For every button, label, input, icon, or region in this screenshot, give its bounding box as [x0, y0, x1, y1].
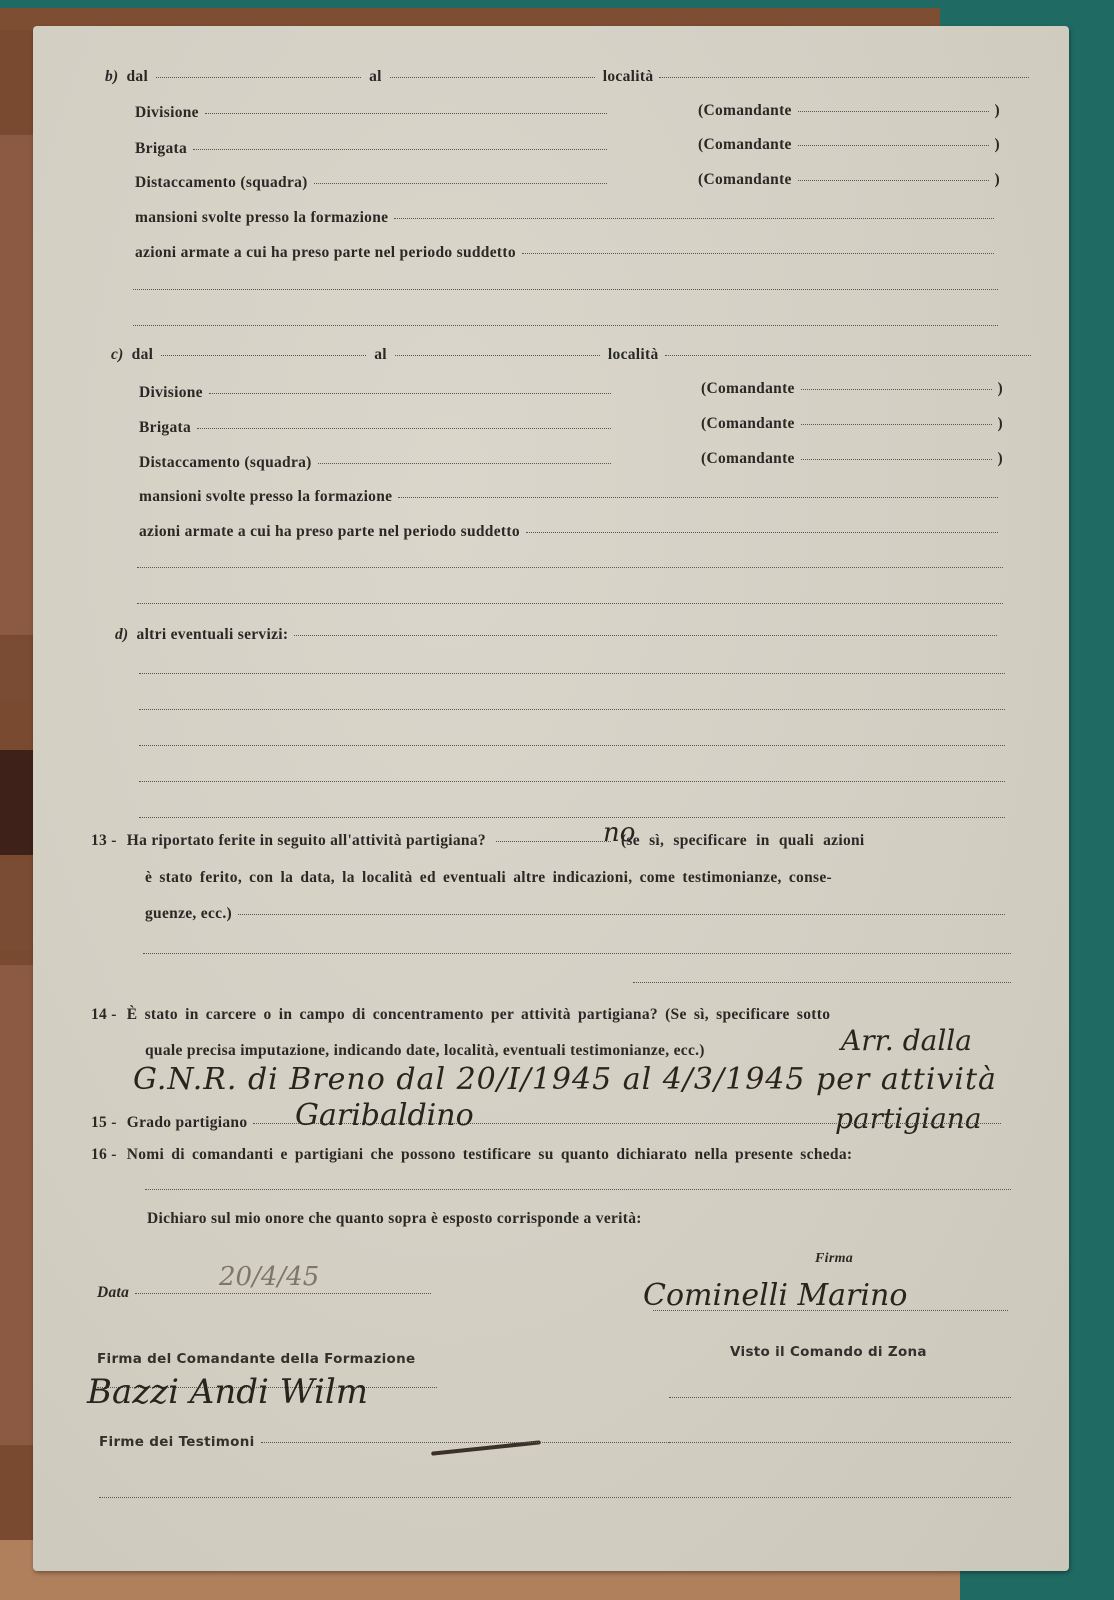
brigata-field[interactable]	[197, 427, 611, 429]
comandante-field[interactable]	[798, 110, 989, 112]
close-paren: )	[995, 171, 1000, 189]
azioni-field[interactable]	[522, 252, 994, 254]
blank-line[interactable]	[139, 708, 1005, 710]
comandante-row: (Comandante )	[701, 450, 1003, 468]
azioni-label: azioni armate a cui ha preso parte nel p…	[139, 523, 520, 541]
blank-line[interactable]	[139, 672, 1005, 674]
data-label: Data	[97, 1284, 129, 1302]
question-number: 13 -	[91, 832, 117, 850]
section-letter: b)	[105, 68, 119, 86]
distaccamento-row: Distaccamento (squadra)	[139, 454, 617, 472]
comandante-field[interactable]	[801, 458, 992, 460]
comandante-row: (Comandante )	[701, 415, 1003, 433]
q14-question: È stato in carcere o in campo di concent…	[127, 1006, 831, 1024]
q13-line2: è stato ferito, con la data, la località…	[145, 869, 1011, 887]
divisione-label: Divisione	[135, 104, 199, 122]
comandante-label: (Comandante	[698, 171, 792, 189]
divisione-field[interactable]	[205, 112, 607, 114]
dal-field[interactable]	[161, 354, 366, 356]
section-b-dates: b) dal al località	[105, 68, 1035, 86]
mansioni-field[interactable]	[398, 496, 998, 498]
localita-field[interactable]	[665, 354, 1031, 356]
q13-line1: 13 - Ha riportato ferite in seguito all'…	[91, 832, 1009, 850]
azioni-label: azioni armate a cui ha preso parte nel p…	[135, 244, 516, 262]
q13-answer-field[interactable]	[496, 840, 611, 842]
blank-line[interactable]	[137, 602, 1003, 604]
q14-handwritten-answer: G.N.R. di Breno dal 20/I/1945 al 4/3/194…	[133, 1062, 997, 1097]
comandante-label: (Comandante	[701, 450, 795, 468]
firma-label-row: Firma	[815, 1251, 853, 1267]
data-handwritten-value: 20/4/45	[219, 1262, 319, 1292]
azioni-row: azioni armate a cui ha preso parte nel p…	[135, 244, 1000, 262]
mansioni-field[interactable]	[394, 217, 994, 219]
comandante-row: (Comandante )	[698, 102, 1000, 120]
blank-line[interactable]	[633, 981, 1011, 983]
data-field[interactable]	[135, 1292, 431, 1294]
q15-row: 15 - Grado partigiano	[91, 1114, 1007, 1132]
declaration-text: Dichiaro sul mio onore che quanto sopra …	[147, 1210, 642, 1228]
comandante-row: (Comandante )	[701, 380, 1003, 398]
altri-servizi-label: altri eventuali servizi:	[137, 626, 289, 644]
q13-instruction-cont: è stato ferito, con la data, la località…	[145, 869, 832, 887]
declaration-row: Dichiaro sul mio onore che quanto sopra …	[147, 1210, 642, 1228]
q13-details-field[interactable]	[238, 913, 1005, 915]
blank-line[interactable]	[133, 324, 998, 326]
q14-line1: 14 - È stato in carcere o in campo di co…	[91, 1006, 1011, 1024]
localita-field[interactable]	[659, 76, 1029, 78]
azioni-field[interactable]	[526, 531, 998, 533]
comandante-field[interactable]	[798, 179, 989, 181]
divisione-field[interactable]	[209, 392, 611, 394]
dal-field[interactable]	[156, 76, 361, 78]
section-letter: c)	[111, 346, 124, 364]
distaccamento-label: Distaccamento (squadra)	[135, 174, 308, 192]
testimoni-field[interactable]	[261, 1441, 1005, 1443]
q14-line2: quale precisa imputazione, indicando dat…	[145, 1042, 845, 1060]
mansioni-label: mansioni svolte presso la formazione	[135, 209, 388, 227]
azioni-row: azioni armate a cui ha preso parte nel p…	[139, 523, 1004, 541]
close-paren: )	[998, 450, 1003, 468]
q15-label: Grado partigiano	[127, 1114, 248, 1132]
comandante-label: (Comandante	[701, 415, 795, 433]
blank-line[interactable]	[99, 1496, 1011, 1498]
q13-question: Ha riportato ferite in seguito all'attiv…	[127, 832, 486, 850]
al-field[interactable]	[390, 76, 595, 78]
section-c-dates: c) dal al località	[111, 346, 1037, 364]
form-page: b) dal al località Divisione (Comandante…	[33, 26, 1069, 1571]
question-number: 16 -	[91, 1146, 117, 1164]
brigata-label: Brigata	[139, 419, 191, 437]
close-paren: )	[998, 380, 1003, 398]
divisione-row: Divisione	[135, 104, 613, 122]
comandante-formazione-label: Firma del Comandante della Formazione	[97, 1351, 416, 1367]
dal-label: dal	[127, 68, 149, 86]
localita-label: località	[608, 346, 659, 364]
blank-line[interactable]	[133, 288, 998, 290]
q16-label: Nomi di comandanti e partigiani che poss…	[127, 1146, 853, 1164]
altri-servizi-field[interactable]	[294, 634, 997, 636]
blank-line[interactable]	[143, 952, 1011, 954]
mansioni-label: mansioni svolte presso la formazione	[139, 488, 392, 506]
visto-comando-label: Visto il Comando di Zona	[730, 1344, 927, 1360]
q13-instruction-end: guenze, ecc.)	[145, 905, 232, 923]
comandante-field[interactable]	[801, 388, 992, 390]
dal-label: dal	[132, 346, 154, 364]
al-label: al	[374, 346, 387, 364]
brigata-row: Brigata	[139, 419, 617, 437]
blank-line[interactable]	[139, 744, 1005, 746]
question-number: 14 -	[91, 1006, 117, 1024]
blank-line[interactable]	[139, 780, 1005, 782]
blank-line[interactable]	[137, 566, 1003, 568]
distaccamento-field[interactable]	[314, 182, 607, 184]
q13-instruction: (se sì, specificare in quali azioni	[621, 832, 865, 850]
comandante-row: (Comandante )	[698, 171, 1000, 189]
brigata-label: Brigata	[135, 140, 187, 158]
distaccamento-field[interactable]	[318, 462, 611, 464]
brigata-field[interactable]	[193, 148, 607, 150]
comandante-formazione-row: Firma del Comandante della Formazione	[97, 1351, 416, 1367]
al-field[interactable]	[395, 354, 600, 356]
testimoni-label: Firme dei Testimoni	[99, 1434, 255, 1450]
section-d-row: d) altri eventuali servizi:	[115, 626, 1003, 644]
distaccamento-label: Distaccamento (squadra)	[139, 454, 312, 472]
divisione-label: Divisione	[139, 384, 203, 402]
firma-signature: Cominelli Marino	[643, 1278, 907, 1313]
comandante-signature: Bazzi Andi Wilm	[87, 1372, 368, 1412]
comandante-field[interactable]	[798, 144, 989, 146]
comandante-label: (Comandante	[701, 380, 795, 398]
close-paren: )	[998, 415, 1003, 433]
al-label: al	[369, 68, 382, 86]
distaccamento-row: Distaccamento (squadra)	[135, 174, 613, 192]
divisione-row: Divisione	[139, 384, 617, 402]
blank-line[interactable]	[139, 816, 1005, 818]
section-letter: d)	[115, 626, 129, 644]
comandante-row: (Comandante )	[698, 136, 1000, 154]
question-number: 15 -	[91, 1114, 117, 1132]
close-paren: )	[995, 136, 1000, 154]
q14-instruction: quale precisa imputazione, indicando dat…	[145, 1042, 705, 1060]
comandante-field[interactable]	[801, 423, 992, 425]
q14-handwritten-answer: Arr. dalla	[841, 1024, 972, 1057]
firma-label: Firma	[815, 1251, 853, 1267]
comandante-label: (Comandante	[698, 136, 792, 154]
mansioni-row: mansioni svolte presso la formazione	[139, 488, 1004, 506]
visto-comando-field[interactable]	[669, 1396, 1011, 1398]
brigata-row: Brigata	[135, 140, 613, 158]
q13-handwritten-answer: no	[603, 818, 635, 848]
q15-handwritten-answer: Garibaldino	[295, 1098, 474, 1133]
comandante-label: (Comandante	[698, 102, 792, 120]
mansioni-row: mansioni svolte presso la formazione	[135, 209, 1000, 227]
q13-line3: guenze, ecc.)	[145, 905, 1011, 923]
testimoni-row: Firme dei Testimoni	[99, 1434, 1011, 1450]
q16-row: 16 - Nomi di comandanti e partigiani che…	[91, 1146, 1011, 1164]
localita-label: località	[603, 68, 654, 86]
visto-row: Visto il Comando di Zona	[730, 1344, 927, 1360]
close-paren: )	[995, 102, 1000, 120]
blank-line[interactable]	[145, 1188, 1011, 1190]
